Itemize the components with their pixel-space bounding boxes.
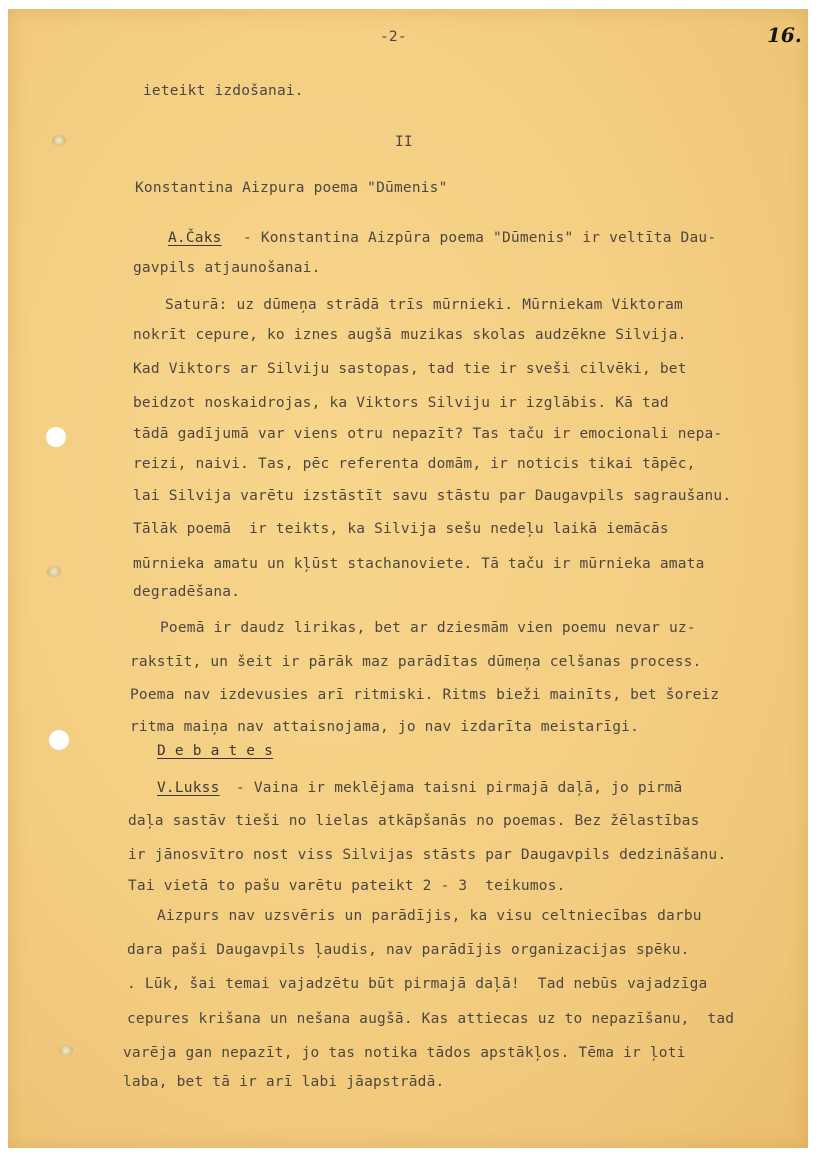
speaker-name: V.Lukss [157, 781, 220, 796]
staple-mark-bottom [59, 1045, 73, 1056]
text-line: ir jānosvītro nost viss Silvijas stāsts … [128, 848, 726, 863]
text-line: ritma maiņa nav attaisnojama, jo nav izd… [130, 720, 639, 735]
punch-hole-upper [46, 427, 66, 447]
text-line: degradēšana. [133, 585, 240, 600]
text-line: Saturā: uz dūmeņa strādā trīs mūrnieki. … [165, 298, 683, 313]
text-line: Poema nav izdevusies arī ritmiski. Ritms… [130, 688, 719, 703]
text-line: varēja gan nepazīt, jo tas notika tādos … [123, 1046, 686, 1061]
text-line: daļa sastāv tieši no lielas atkāpšanās n… [128, 814, 700, 829]
staple-mark-top [52, 135, 66, 146]
text-line: rakstīt, un šeit ir pārāk maz parādītas … [130, 655, 702, 670]
text-line: Tai vietā to pašu varētu pateikt 2 - 3 t… [128, 879, 566, 894]
text-line: - Vaina ir meklējama taisni pirmajā daļā… [236, 781, 683, 796]
text-line: laba, bet tā ir arī labi jāapstrādā. [123, 1075, 444, 1090]
page-number: -2- [380, 30, 407, 45]
speaker-name: A.Čaks [168, 231, 222, 246]
text-line: - Konstantina Aizpūra poema "Dūmenis" ir… [243, 231, 716, 246]
text-line: Aizpurs nav uzsvēris un parādījis, ka vi… [157, 909, 702, 924]
text-line: lai Silvija varētu izstāstīt savu stāstu… [133, 489, 731, 504]
text-line: mūrnieka amatu un kļūst stachanoviete. T… [133, 557, 705, 572]
text-line: Kad Viktors ar Silviju sastopas, tad tie… [133, 362, 687, 377]
text-line: nokrīt cepure, ko iznes augšā muzikas sk… [133, 328, 687, 343]
text-line: cepures krišana un nešana augšā. Kas att… [127, 1012, 734, 1027]
text-line: tādā gadījumā var viens otru nepazīt? Ta… [133, 427, 722, 442]
section-title: Konstantina Aizpura poema "Dūmenis" [135, 181, 448, 196]
folio-number: 16. [767, 23, 802, 47]
text-line: beidzot noskaidrojas, ka Viktors Silviju… [133, 396, 669, 411]
punch-hole-lower [49, 730, 69, 750]
staple-mark-middle [47, 566, 61, 577]
text-line: Poemā ir daudz lirikas, bet ar dziesmām … [160, 621, 696, 636]
text-line: reizi, naivi. Tas, pēc referenta domām, … [133, 457, 696, 472]
text-line: Tālāk poemā ir teikts, ka Silvija sešu n… [133, 522, 669, 537]
section-number: II [395, 135, 413, 150]
text-line: ieteikt izdošanai. [143, 84, 304, 99]
text-line: gavpils atjaunošanai. [133, 261, 321, 276]
debates-heading: D e b a t e s [157, 744, 273, 759]
text-line: dara paši Daugavpils ļaudis, nav parādīj… [127, 943, 690, 958]
text-line: . Lūk, šai temai vajadzētu būt pirmajā d… [127, 977, 707, 992]
